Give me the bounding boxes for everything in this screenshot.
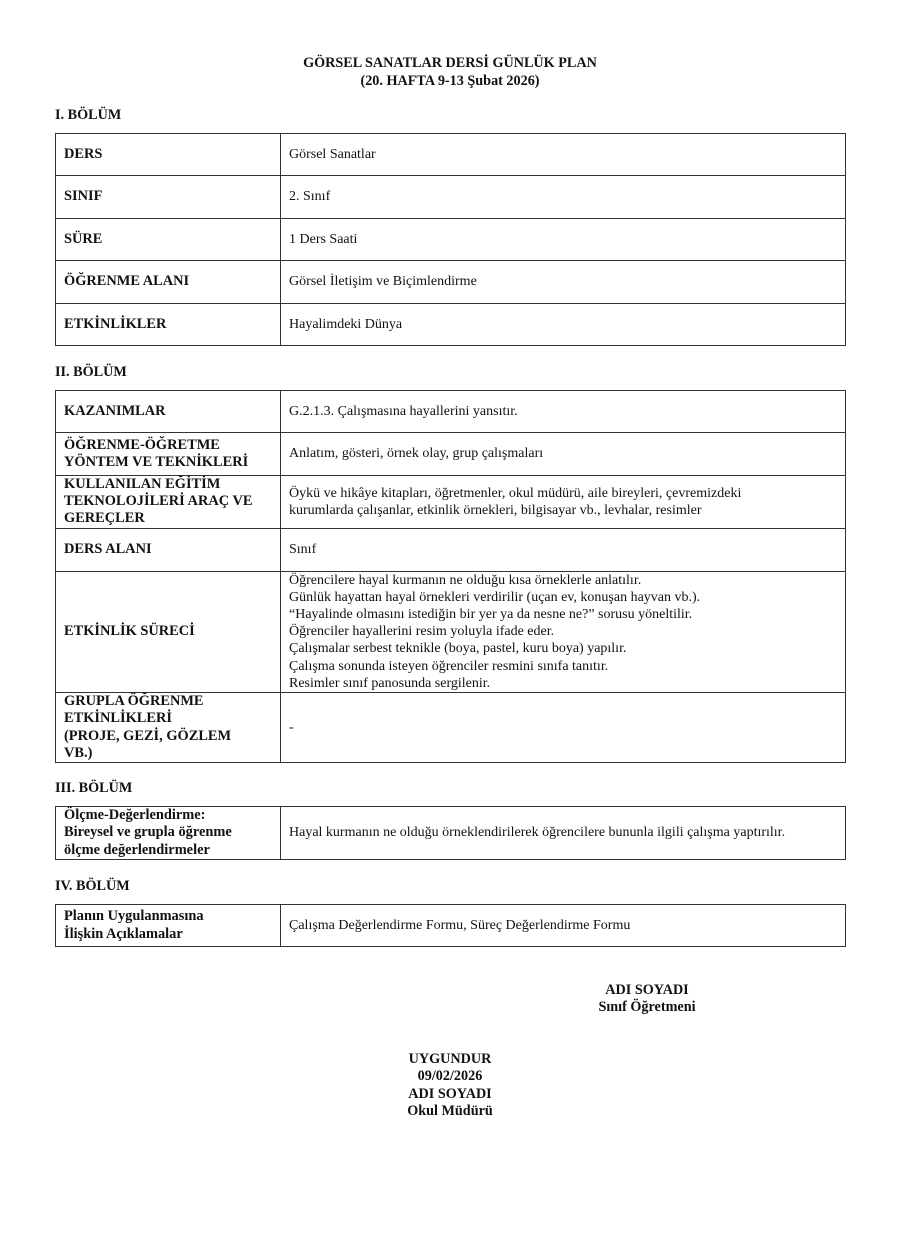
row-value-ders-alani: Sınıf [281, 528, 846, 571]
process-step: Çalışma sonunda isteyen öğrenciler resmi… [289, 658, 837, 675]
row-label-etkinlikler: ETKİNLİKLER [56, 304, 281, 346]
row-label-sure: SÜRE [56, 219, 281, 261]
table-row: KAZANIMLAR G.2.1.3. Çalışmasına hayaller… [56, 391, 846, 433]
row-label-sinif: SINIF [56, 176, 281, 219]
table-row: GRUPLA ÖĞRENME ETKİNLİKLERİ (PROJE, GEZİ… [56, 693, 846, 763]
row-label-etkinlik-sureci: ETKİNLİK SÜRECİ [56, 571, 281, 692]
teacher-role: Sınıf Öğretmeni [547, 999, 747, 1016]
title-line-2: (20. HAFTA 9-13 Şubat 2026) [0, 72, 900, 90]
row-label-yontem: ÖĞRENME-ÖĞRETME YÖNTEM VE TEKNİKLERİ [56, 433, 281, 476]
title-line-1: GÖRSEL SANATLAR DERSİ GÜNLÜK PLAN [0, 54, 900, 72]
row-value-sure: 1 Ders Saati [281, 219, 846, 261]
table-row: KULLANILAN EĞİTİM TEKNOLOJİLERİ ARAÇ VE … [56, 476, 846, 529]
row-label-aciklamalar: Planın Uygulanmasına İlişkin Açıklamalar [56, 905, 281, 947]
principal-role: Okul Müdürü [350, 1103, 550, 1120]
approval-label: UYGUNDUR [350, 1051, 550, 1068]
process-step: “Hayalinde olmasını istediğin bir yer ya… [289, 606, 837, 623]
table-row: DERS ALANI Sınıf [56, 528, 846, 571]
principal-signature: UYGUNDUR 09/02/2026 ADI SOYADI Okul Müdü… [350, 1051, 550, 1120]
process-step: Günlük hayattan hayal örnekleri verdiril… [289, 589, 837, 606]
table-row: DERS Görsel Sanatlar [56, 134, 846, 176]
section-1-heading: I. BÖLÜM [55, 106, 121, 124]
section-4-table: Planın Uygulanmasına İlişkin Açıklamalar… [55, 904, 846, 947]
process-step: Öğrenciler hayallerini resim yoluyla ifa… [289, 623, 837, 640]
section-1-table: DERS Görsel Sanatlar SINIF 2. Sınıf SÜRE… [55, 133, 846, 346]
row-label-ders-alani: DERS ALANI [56, 528, 281, 571]
section-3-table: Ölçme-Değerlendirme: Bireysel ve grupla … [55, 806, 846, 860]
row-value-sinif: 2. Sınıf [281, 176, 846, 219]
page-title: GÖRSEL SANATLAR DERSİ GÜNLÜK PLAN (20. H… [0, 54, 900, 90]
table-row: Ölçme-Değerlendirme: Bireysel ve grupla … [56, 807, 846, 860]
table-row: Planın Uygulanmasına İlişkin Açıklamalar… [56, 905, 846, 947]
row-value-olcme: Hayal kurmanın ne olduğu örneklendiriler… [281, 807, 846, 860]
process-step: Çalışmalar serbest teknikle (boya, paste… [289, 640, 837, 657]
table-row: ETKİNLİKLER Hayalimdeki Dünya [56, 304, 846, 346]
table-row: SINIF 2. Sınıf [56, 176, 846, 219]
approval-date: 09/02/2026 [350, 1068, 550, 1085]
row-label-kazanimlar: KAZANIMLAR [56, 391, 281, 433]
section-4-heading: IV. BÖLÜM [55, 877, 130, 895]
row-value-kazanimlar: G.2.1.3. Çalışmasına hayallerini yansıtı… [281, 391, 846, 433]
process-step: Öğrencilere hayal kurmanın ne olduğu kıs… [289, 572, 837, 589]
teacher-name: ADI SOYADI [547, 982, 747, 999]
row-value-ders: Görsel Sanatlar [281, 134, 846, 176]
row-label-grupla: GRUPLA ÖĞRENME ETKİNLİKLERİ (PROJE, GEZİ… [56, 693, 281, 763]
section-2-heading: II. BÖLÜM [55, 363, 127, 381]
section-2-table: KAZANIMLAR G.2.1.3. Çalışmasına hayaller… [55, 390, 846, 763]
row-label-araclar: KULLANILAN EĞİTİM TEKNOLOJİLERİ ARAÇ VE … [56, 476, 281, 529]
process-step: Resimler sınıf panosunda sergilenir. [289, 675, 837, 692]
row-label-ders: DERS [56, 134, 281, 176]
table-row: ÖĞRENME ALANI Görsel İletişim ve Biçimle… [56, 261, 846, 304]
principal-name: ADI SOYADI [350, 1086, 550, 1103]
section-3-heading: III. BÖLÜM [55, 779, 132, 797]
row-value-yontem: Anlatım, gösteri, örnek olay, grup çalış… [281, 433, 846, 476]
row-value-ogrenme-alani: Görsel İletişim ve Biçimlendirme [281, 261, 846, 304]
row-label-ogrenme-alani: ÖĞRENME ALANI [56, 261, 281, 304]
table-row: ETKİNLİK SÜRECİ Öğrencilere hayal kurman… [56, 571, 846, 692]
row-label-olcme: Ölçme-Değerlendirme: Bireysel ve grupla … [56, 807, 281, 860]
table-row: SÜRE 1 Ders Saati [56, 219, 846, 261]
row-value-etkinlikler: Hayalimdeki Dünya [281, 304, 846, 346]
row-value-grupla: - [281, 693, 846, 763]
row-value-araclar: Öykü ve hikâye kitapları, öğretmenler, o… [281, 476, 846, 529]
row-value-aciklamalar: Çalışma Değerlendirme Formu, Süreç Değer… [281, 905, 846, 947]
row-value-etkinlik-sureci: Öğrencilere hayal kurmanın ne olduğu kıs… [281, 571, 846, 692]
teacher-signature: ADI SOYADI Sınıf Öğretmeni [547, 982, 747, 1017]
table-row: ÖĞRENME-ÖĞRETME YÖNTEM VE TEKNİKLERİ Anl… [56, 433, 846, 476]
